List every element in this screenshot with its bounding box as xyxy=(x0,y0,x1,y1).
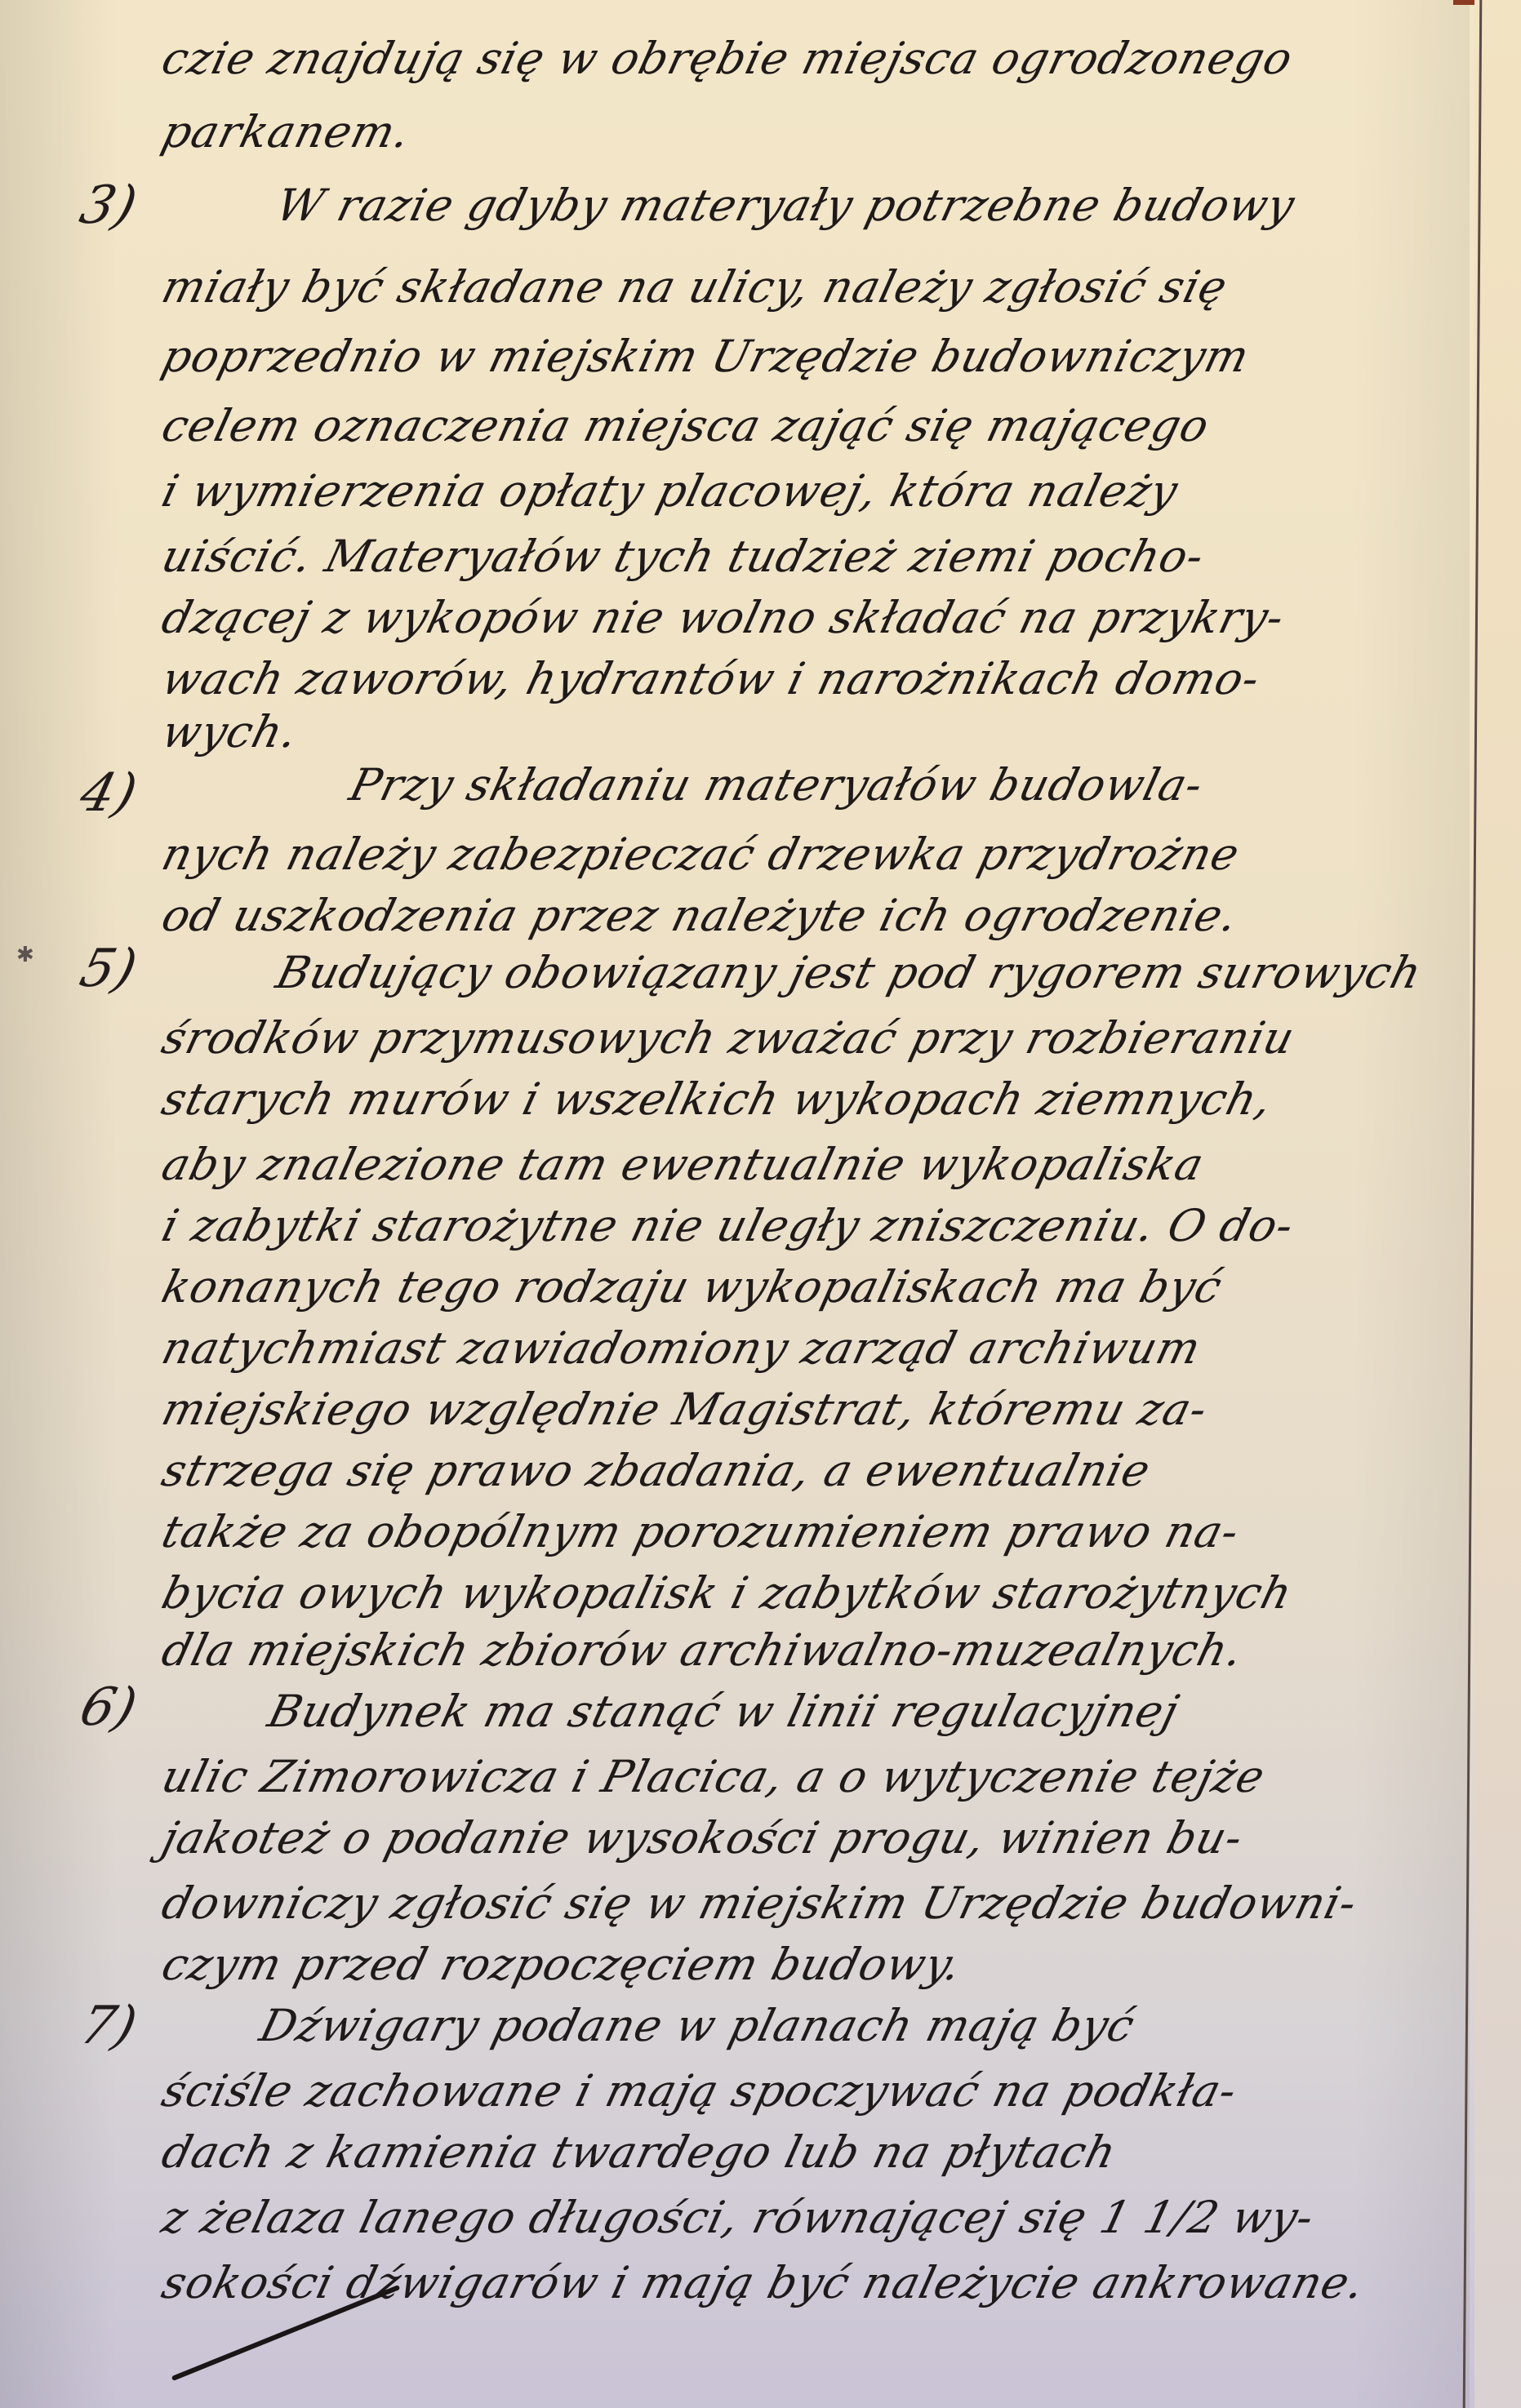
text-line: z żelaza lanego długości, równającej się… xyxy=(157,2192,1521,2243)
text-line: środków przymusowych zważać przy rozbier… xyxy=(157,1012,1521,1064)
text-line: konanych tego rodzaju wykopaliskach ma b… xyxy=(157,1261,1521,1313)
text-line: miejskiego względnie Magistrat, któremu … xyxy=(157,1384,1521,1435)
text-line: ulic Zimorowicza i Placica, a o wytyczen… xyxy=(157,1751,1521,1802)
text-line: czie znajdują się w obrębie miejsca ogro… xyxy=(157,33,1521,84)
text-line: od uszkodzenia przez należyte ich ogrodz… xyxy=(157,890,1521,941)
text-line: jakoteż o podanie wysokości progu, winie… xyxy=(157,1812,1521,1864)
text-line: nych należy zabezpieczać drzewka przydro… xyxy=(157,829,1521,880)
text-line: i wymierzenia opłaty placowej, która nal… xyxy=(157,465,1521,517)
text-line: dla miejskich zbiorów archiwalno-muzealn… xyxy=(157,1624,1521,1676)
text-line: Przy składaniu materyałów budowla- xyxy=(345,759,1521,811)
text-line: parkanem. xyxy=(157,106,1521,158)
text-line: wych. xyxy=(157,706,1521,757)
text-line: strzega się prawo zbadania, a ewentualni… xyxy=(157,1445,1521,1496)
text-line: natychmiast zawiadomiony zarząd archiwum xyxy=(157,1322,1521,1374)
text-line: W razie gdyby materyały potrzebne budowy xyxy=(271,180,1521,231)
text-line: i zabytki starożytne nie uległy zniszcze… xyxy=(157,1200,1521,1251)
text-line: poprzednio w miejskim Urzędzie budownicz… xyxy=(157,331,1521,382)
text-line: Dźwigary podane w planach mają być xyxy=(255,2000,1521,2051)
text-line: downiczy zgłosić się w miejskim Urzędzie… xyxy=(157,1877,1521,1929)
text-line: miały być składane na ulicy, należy zgło… xyxy=(157,261,1521,313)
text-line: aby znalezione tam ewentualnie wykopalis… xyxy=(157,1139,1521,1190)
text-line: starych murów i wszelkich wykopach ziemn… xyxy=(157,1073,1521,1125)
text-line: Budynek ma stanąć w linii regulacyjnej xyxy=(263,1686,1521,1737)
text-line: także za obopólnym porozumieniem prawo n… xyxy=(157,1506,1521,1557)
text-line: Budujący obowiązany jest pod rygorem sur… xyxy=(271,947,1521,998)
text-line: dach z kamienia twardego lub na płytach xyxy=(157,2126,1521,2178)
text-line: bycia owych wykopalisk i zabytków staroż… xyxy=(157,1567,1521,1619)
text-line: celem oznaczenia miejsca zająć się mając… xyxy=(157,400,1521,451)
text-line: dzącej z wykopów nie wolno składać na pr… xyxy=(157,592,1521,643)
text-line: ściśle zachowane i mają spoczywać na pod… xyxy=(157,2065,1521,2117)
text-line: wach zaworów, hydrantów i narożnikach do… xyxy=(157,653,1521,704)
ink-speck: ✱ xyxy=(16,943,34,967)
text-line: czym przed rozpoczęciem budowy. xyxy=(157,1939,1521,1990)
text-line: uiścić. Materyałów tych tudzież ziemi po… xyxy=(157,531,1521,582)
